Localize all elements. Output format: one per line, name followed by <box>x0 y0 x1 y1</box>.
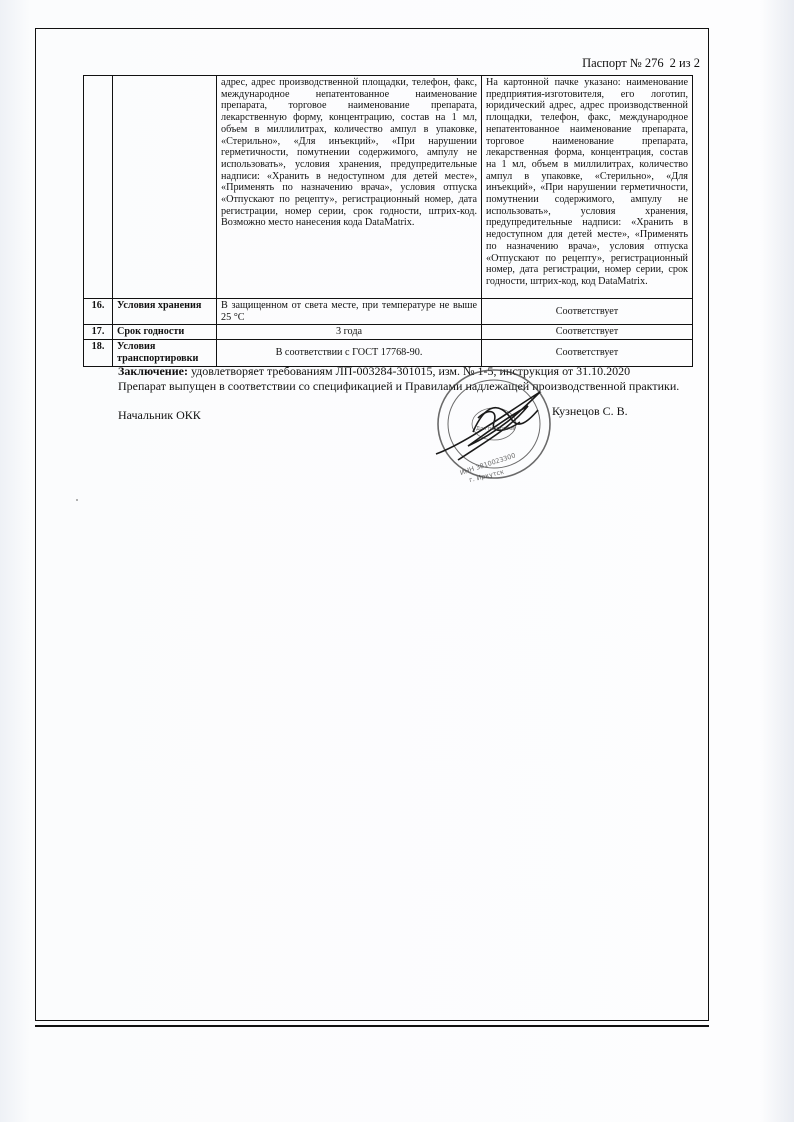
row-parameter: Условия транспортировки <box>113 340 217 366</box>
conclusion-line: Заключение: удовлетворяет требованиям ЛП… <box>118 364 698 379</box>
passport-number: Паспорт № 276 <box>582 56 664 70</box>
row-result: На картонной пачке указано: наименование… <box>482 76 693 299</box>
conclusion-label: Заключение: <box>118 364 188 378</box>
row-result: Соответствует <box>482 325 693 340</box>
svg-text:Для паспортов: Для паспортов <box>476 426 515 432</box>
table-row: 18. Условия транспортировки В соответств… <box>84 340 693 366</box>
row-number: 16. <box>84 299 113 325</box>
row-number: 18. <box>84 340 113 366</box>
official-stamp-icon: г. Иркутск ИНН 3810023300 Для паспортов <box>428 362 558 484</box>
page-indicator: 2 из 2 <box>670 56 700 70</box>
row-number: 17. <box>84 325 113 340</box>
signature-row: Начальник ОКК Кузнецов С. В. <box>118 408 678 424</box>
row-requirement: адрес, адрес производственной площадки, … <box>217 76 482 299</box>
row-number <box>84 76 113 299</box>
passport-header: Паспорт № 2762 из 2 <box>540 56 700 71</box>
conclusion-block: Заключение: удовлетворяет требованиям ЛП… <box>118 364 698 394</box>
row-parameter <box>113 76 217 299</box>
scan-speck <box>76 499 78 501</box>
conclusion-text: удовлетворяет требованиям ЛП-003284-3010… <box>188 364 630 378</box>
row-requirement: В защищенном от света месте, при темпера… <box>217 299 482 325</box>
row-result: Соответствует <box>482 299 693 325</box>
table-row: 17. Срок годности 3 года Соответствует <box>84 325 693 340</box>
release-statement: Препарат выпущен в соответствии со специ… <box>118 379 698 394</box>
table-row: адрес, адрес производственной площадки, … <box>84 76 693 299</box>
row-parameter: Условия хранения <box>113 299 217 325</box>
signatory-role: Начальник ОКК <box>118 408 201 423</box>
specification-table: адрес, адрес производственной площадки, … <box>83 75 693 367</box>
row-parameter: Срок годности <box>113 325 217 340</box>
row-requirement: 3 года <box>217 325 482 340</box>
signatory-name: Кузнецов С. В. <box>552 404 628 419</box>
table-row: 16. Условия хранения В защищенном от све… <box>84 299 693 325</box>
page-frame-bottom-double-line <box>35 1025 709 1027</box>
